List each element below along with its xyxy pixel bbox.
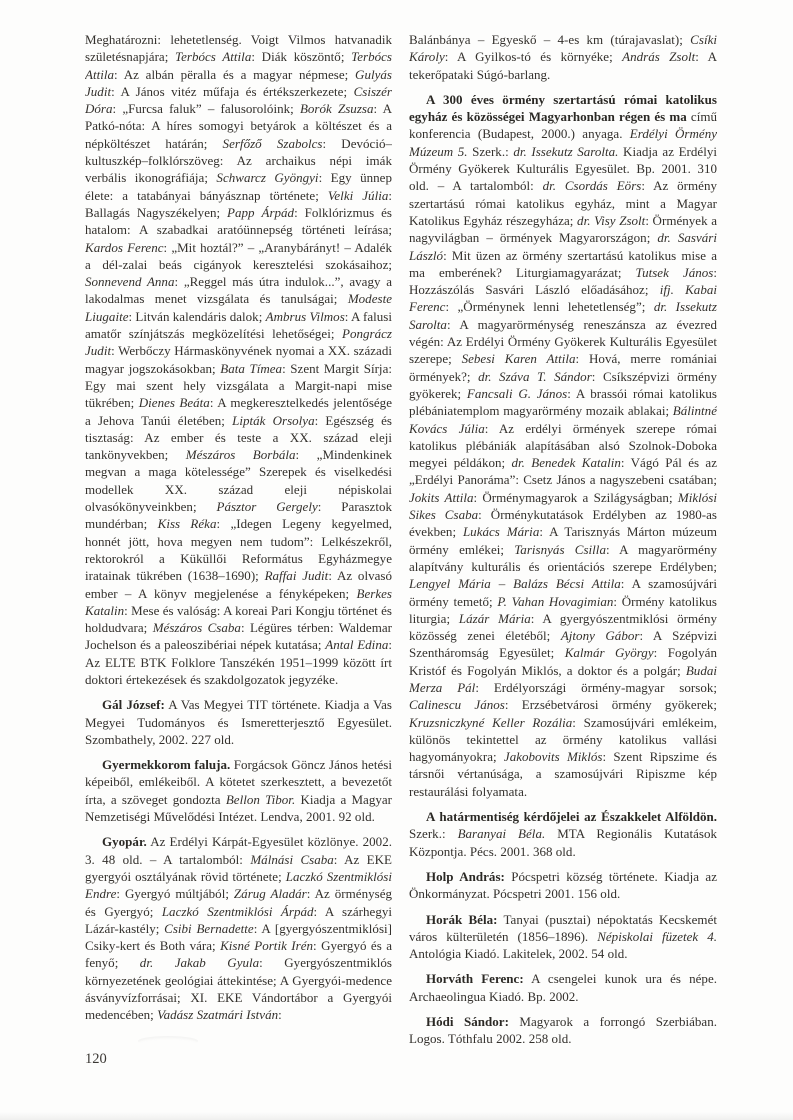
text-run: Pásztor Gergely	[216, 499, 317, 514]
text-run: Hódi Sándor:	[426, 1014, 509, 1029]
text-run: Sonnevend Anna	[85, 274, 174, 289]
text-run: dr. Jakab Gyula	[140, 955, 259, 970]
text-run: dr. Visy Zsolt	[577, 213, 645, 228]
text-run: Kardos Ferenc	[85, 240, 164, 255]
text-run: :	[278, 1007, 282, 1022]
text-run: Horák Béla:	[426, 912, 497, 927]
text-run: Tarisnyás Csilla	[514, 542, 606, 557]
text-run: Jakobovits Miklós	[504, 749, 603, 764]
text-run: : Erzsébetvárosi örmény gyökerek;	[505, 697, 717, 712]
text-run: Csibi Bernadette	[164, 921, 254, 936]
paragraph: Holp András: Pócspetri község története.…	[409, 868, 717, 903]
text-run: : Gyergyó múltjából;	[116, 886, 234, 901]
text-run: dr. Issekutz Sarolta.	[513, 144, 618, 159]
text-run: Tutsek János	[636, 265, 714, 280]
paragraph: A határmentiség kérdőjelei az Északkelet…	[409, 808, 717, 860]
text-run: Népiskolai füzetek 4.	[597, 929, 717, 944]
text-run: Schwarcz Gyöngyi	[216, 170, 318, 185]
text-run: : Erdélyországi örmény-magyar sorsok;	[475, 680, 717, 695]
text-run: Mészáros Borbála	[186, 447, 296, 462]
text-run: Lázár Mária	[459, 611, 531, 626]
text-run: Lengyel Mária – Balázs Bécsi Attila	[409, 576, 621, 591]
text-run: Gál József:	[102, 697, 165, 712]
text-run: Serfőző Szabolcs	[223, 136, 323, 151]
text-run: : Az albán përalla és a magyar népmese;	[114, 67, 355, 82]
text-run: : A János vitéz műfaja és értékszerkezet…	[111, 84, 353, 99]
text-run: : Diák köszöntő;	[251, 49, 351, 64]
text-run: Szerk.:	[468, 144, 514, 159]
paragraph: Gyopár. Az Erdélyi Kárpát-Egyesület közl…	[85, 833, 392, 1023]
text-run: Borók Zsuzsa	[300, 101, 374, 116]
text-run: Antal Edina	[325, 637, 388, 652]
text-run: Gyopár.	[102, 834, 147, 849]
text-run: Bata Tímea	[220, 361, 282, 376]
text-run: Jokits Attila	[409, 490, 474, 505]
text-run: Fancsali G. János	[467, 386, 567, 401]
scan-bottom-edge	[0, 1112, 793, 1120]
text-run: Baranyai Béla.	[458, 826, 546, 841]
text-run: : „Furcsa faluk” – falusorolóink;	[113, 101, 300, 116]
paragraph: Horváth Ferenc: A csengelei kunok ura és…	[409, 970, 717, 1005]
text-run: Horváth Ferenc:	[426, 971, 524, 986]
text-run: Bellon Tibor.	[226, 792, 295, 807]
paragraph: Gyermekkorom faluja. Forgácsok Göncz Ján…	[85, 756, 392, 825]
text-run: Kalmár György	[565, 645, 654, 660]
text-run: Ajtony Gábor	[561, 628, 640, 643]
text-run: Laczkó Szentmiklósi Árpád	[162, 904, 314, 919]
paragraph: Balánbánya – Egyeskő – 4-es km (túrajava…	[409, 31, 717, 83]
text-run: Calinescu János	[409, 697, 505, 712]
text-run: Lipták Orsolya	[232, 413, 315, 428]
text-run: Antológia Kiadó. Lakitelek, 2002. 54 old…	[409, 946, 628, 961]
text-run: : „Örménynek lenni lehetetlenség”;	[445, 299, 653, 314]
text-run: Balánbánya – Egyeskő – 4-es km (túrajava…	[409, 32, 690, 47]
paragraph: Gál József: A Vas Megyei TIT története. …	[85, 696, 392, 748]
text-run: : A Gyilkos-tó és környéke;	[445, 49, 622, 64]
scan-artifact	[138, 1036, 198, 1046]
text-run: András Zsolt	[622, 49, 695, 64]
paragraph: Meghatározni: lehetetlenség. Voigt Vilmo…	[85, 31, 392, 688]
paragraph: Hódi Sándor: Magyarok a forrongó Szerbiá…	[409, 1013, 717, 1048]
text-run: Mészáros Csaba	[153, 620, 241, 635]
right-column: Balánbánya – Egyeskő – 4-es km (túrajava…	[409, 31, 717, 1071]
page-number: 120	[85, 1051, 107, 1068]
text-run: Zárug Aladár	[234, 886, 307, 901]
text-run: Vadász Szatmári István	[157, 1007, 278, 1022]
paragraph: Horák Béla: Tanyai (pusztai) népoktatás …	[409, 911, 717, 963]
text-run: Kisné Portik Irén	[220, 938, 313, 953]
text-run: Terbócs Attila	[175, 49, 251, 64]
text-run: Holp András:	[426, 869, 505, 884]
text-run: Ambrus Vilmos	[266, 309, 345, 324]
text-run: Lukács Mária	[463, 524, 539, 539]
text-run: : Örménymagyarok a Szilágyságban;	[474, 490, 678, 505]
text-run: Velki Júlia	[328, 188, 388, 203]
text-run: Gyermekkorom faluja.	[102, 757, 230, 772]
text-run: Sebesi Karen Attila	[462, 351, 576, 366]
text-run: Szerk.:	[409, 826, 458, 841]
text-run: Dienes Beáta	[139, 395, 210, 410]
text-run: Kiss Réka	[158, 516, 217, 531]
text-run: A határmentiség kérdőjelei az Északkelet…	[426, 809, 717, 824]
text-run: A 300 éves örmény szertartású római kato…	[409, 92, 717, 124]
text-run: dr. Benedek Katalin	[512, 455, 621, 470]
text-run: Papp Árpád	[227, 205, 294, 220]
text-run: dr. Csordás Eörs	[543, 178, 642, 193]
text-run: Kruzsniczkyné Keller Rozália	[409, 715, 572, 730]
left-column: Meghatározni: lehetetlenség. Voigt Vilmo…	[85, 31, 392, 1071]
paragraph: A 300 éves örmény szertartású római kato…	[409, 91, 717, 800]
text-run: Raffai Judit	[265, 568, 329, 583]
scanned-page: Meghatározni: lehetetlenség. Voigt Vilmo…	[0, 0, 793, 1120]
text-run: P. Vahan Hovagimian	[497, 594, 613, 609]
text-run: dr. Száva T. Sándor	[478, 369, 592, 384]
text-run: : Litván kalendáris dalok;	[129, 309, 266, 324]
text-run: Málnási Csaba	[250, 852, 333, 867]
